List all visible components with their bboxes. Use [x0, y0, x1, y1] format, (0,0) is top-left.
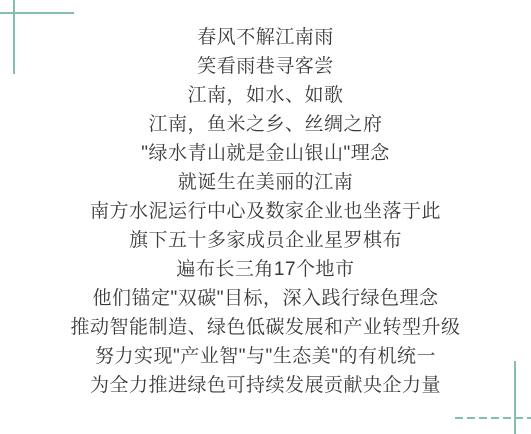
crop-mark-top-left-horizontal	[0, 12, 74, 14]
poem-text-block: 春风不解江南雨 笑看雨巷寻客尝 江南，如水、如歌 江南，鱼米之乡、丝绸之府 "绿…	[0, 23, 531, 400]
poem-line: 就诞生在美丽的江南	[0, 168, 531, 197]
poem-line: 南方水泥运行中心及数家企业也坐落于此	[0, 197, 531, 226]
poem-line: 推动智能制造、绿色低碳发展和产业转型升级	[0, 313, 531, 342]
poem-line: 为全力推进绿色可持续发展贡献央企力量	[0, 371, 531, 400]
poem-line: 旗下五十多家成员企业星罗棋布	[0, 226, 531, 255]
poem-line: 努力实现"产业智"与"生态美"的有机统一	[0, 342, 531, 371]
poem-line: 他们锚定"双碳"目标，深入践行绿色理念	[0, 284, 531, 313]
crop-mark-bottom-right-horizontal-dashed	[455, 417, 531, 419]
poem-line: 江南，如水、如歌	[0, 81, 531, 110]
poem-line: "绿水青山就是金山银山"理念	[0, 139, 531, 168]
poem-line: 遍布长三角17个地市	[0, 255, 531, 284]
page: { "page": { "background_color": "#ffffff…	[0, 0, 531, 434]
poem-line: 笑看雨巷寻客尝	[0, 52, 531, 81]
poem-line: 春风不解江南雨	[0, 23, 531, 52]
poem-line: 江南，鱼米之乡、丝绸之府	[0, 110, 531, 139]
